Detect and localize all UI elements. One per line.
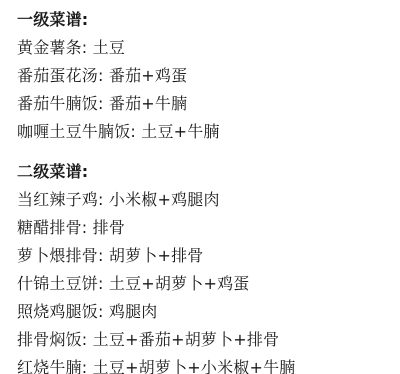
recipe-document: 一级菜谱: 黄金薯条: 土豆 番茄蛋花汤: 番茄+鸡蛋 番茄牛腩饭: 番茄+牛腩… [0,0,400,374]
page: { "colors": { "background": "#ffffff", "… [0,0,400,374]
section-title-level2: 二级菜谱: [17,158,390,186]
recipe-line: 照烧鸡腿饭: 鸡腿肉 [17,298,390,326]
recipe-section-level2: 二级菜谱: 当红辣子鸡: 小米椒+鸡腿肉 糖醋排骨: 排骨 萝卜煨排骨: 胡萝卜… [17,158,390,374]
recipe-line: 番茄牛腩饭: 番茄+牛腩 [17,90,390,118]
recipe-line: 萝卜煨排骨: 胡萝卜+排骨 [17,242,390,270]
recipe-line-clipped: 红烧牛腩: 土豆+胡萝卜+小米椒+牛腩 [17,354,390,374]
section-title-level1: 一级菜谱: [17,6,390,34]
recipe-line: 黄金薯条: 土豆 [17,34,390,62]
recipe-line: 番茄蛋花汤: 番茄+鸡蛋 [17,62,390,90]
recipe-line: 糖醋排骨: 排骨 [17,214,390,242]
recipe-line: 什锦土豆饼: 土豆+胡萝卜+鸡蛋 [17,270,390,298]
recipe-line: 排骨焖饭: 土豆+番茄+胡萝卜+排骨 [17,326,390,354]
recipe-line: 咖喱土豆牛腩饭: 土豆+牛腩 [17,118,390,146]
recipe-section-level1: 一级菜谱: 黄金薯条: 土豆 番茄蛋花汤: 番茄+鸡蛋 番茄牛腩饭: 番茄+牛腩… [17,6,390,146]
recipe-line: 当红辣子鸡: 小米椒+鸡腿肉 [17,186,390,214]
